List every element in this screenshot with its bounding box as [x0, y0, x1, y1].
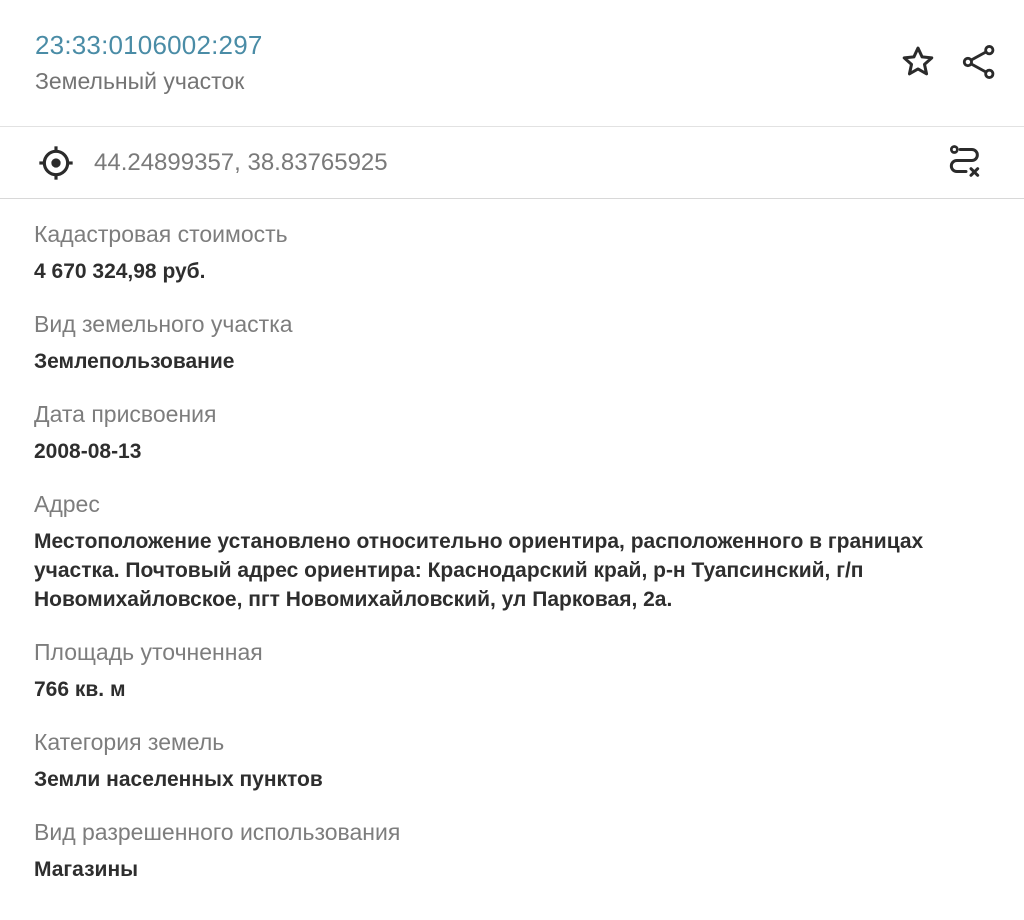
field-label: Адрес — [34, 489, 994, 519]
field-label: Дата присвоения — [34, 399, 994, 429]
favorite-button[interactable] — [896, 40, 940, 84]
cadastral-number[interactable]: 23:33:0106002:297 — [35, 30, 263, 61]
field-value: Местоположение установлено относительно … — [34, 527, 994, 614]
route-clear-icon — [946, 142, 986, 182]
details-list: Кадастровая стоимость 4 670 324,98 руб. … — [34, 219, 994, 907]
field-label: Вид разрешенного использования — [34, 817, 994, 847]
field-label: Вид земельного участка — [34, 309, 994, 339]
field-land-type: Вид земельного участка Землепользование — [34, 309, 994, 376]
field-permitted-use: Вид разрешенного использования Магазины — [34, 817, 994, 884]
star-outline-icon — [899, 43, 937, 81]
field-value: Магазины — [34, 855, 994, 884]
field-value: 766 кв. м — [34, 675, 994, 704]
field-value: 2008-08-13 — [34, 437, 994, 466]
field-land-category: Категория земель Земли населенных пункто… — [34, 727, 994, 794]
field-area: Площадь уточненная 766 кв. м — [34, 637, 994, 704]
field-label: Площадь уточненная — [34, 637, 994, 667]
object-type: Земельный участок — [35, 68, 244, 95]
field-value: Землепользование — [34, 347, 994, 376]
field-value: 4 670 324,98 руб. — [34, 257, 994, 286]
route-button[interactable] — [944, 140, 988, 184]
field-value: Земли населенных пунктов — [34, 765, 994, 794]
share-icon — [960, 43, 998, 81]
object-header: 23:33:0106002:297 Земельный участок — [0, 0, 1024, 127]
field-assignment-date: Дата присвоения 2008-08-13 — [34, 399, 994, 466]
field-address: Адрес Местоположение установлено относит… — [34, 489, 994, 614]
share-button[interactable] — [957, 40, 1001, 84]
field-label: Кадастровая стоимость — [34, 219, 994, 249]
coordinates-value[interactable]: 44.24899357, 38.83765925 — [94, 149, 388, 177]
gps-target-icon[interactable] — [36, 143, 76, 183]
field-label: Категория земель — [34, 727, 994, 757]
field-cadastral-value: Кадастровая стоимость 4 670 324,98 руб. — [34, 219, 994, 286]
coordinates-row: 44.24899357, 38.83765925 — [0, 127, 1024, 199]
